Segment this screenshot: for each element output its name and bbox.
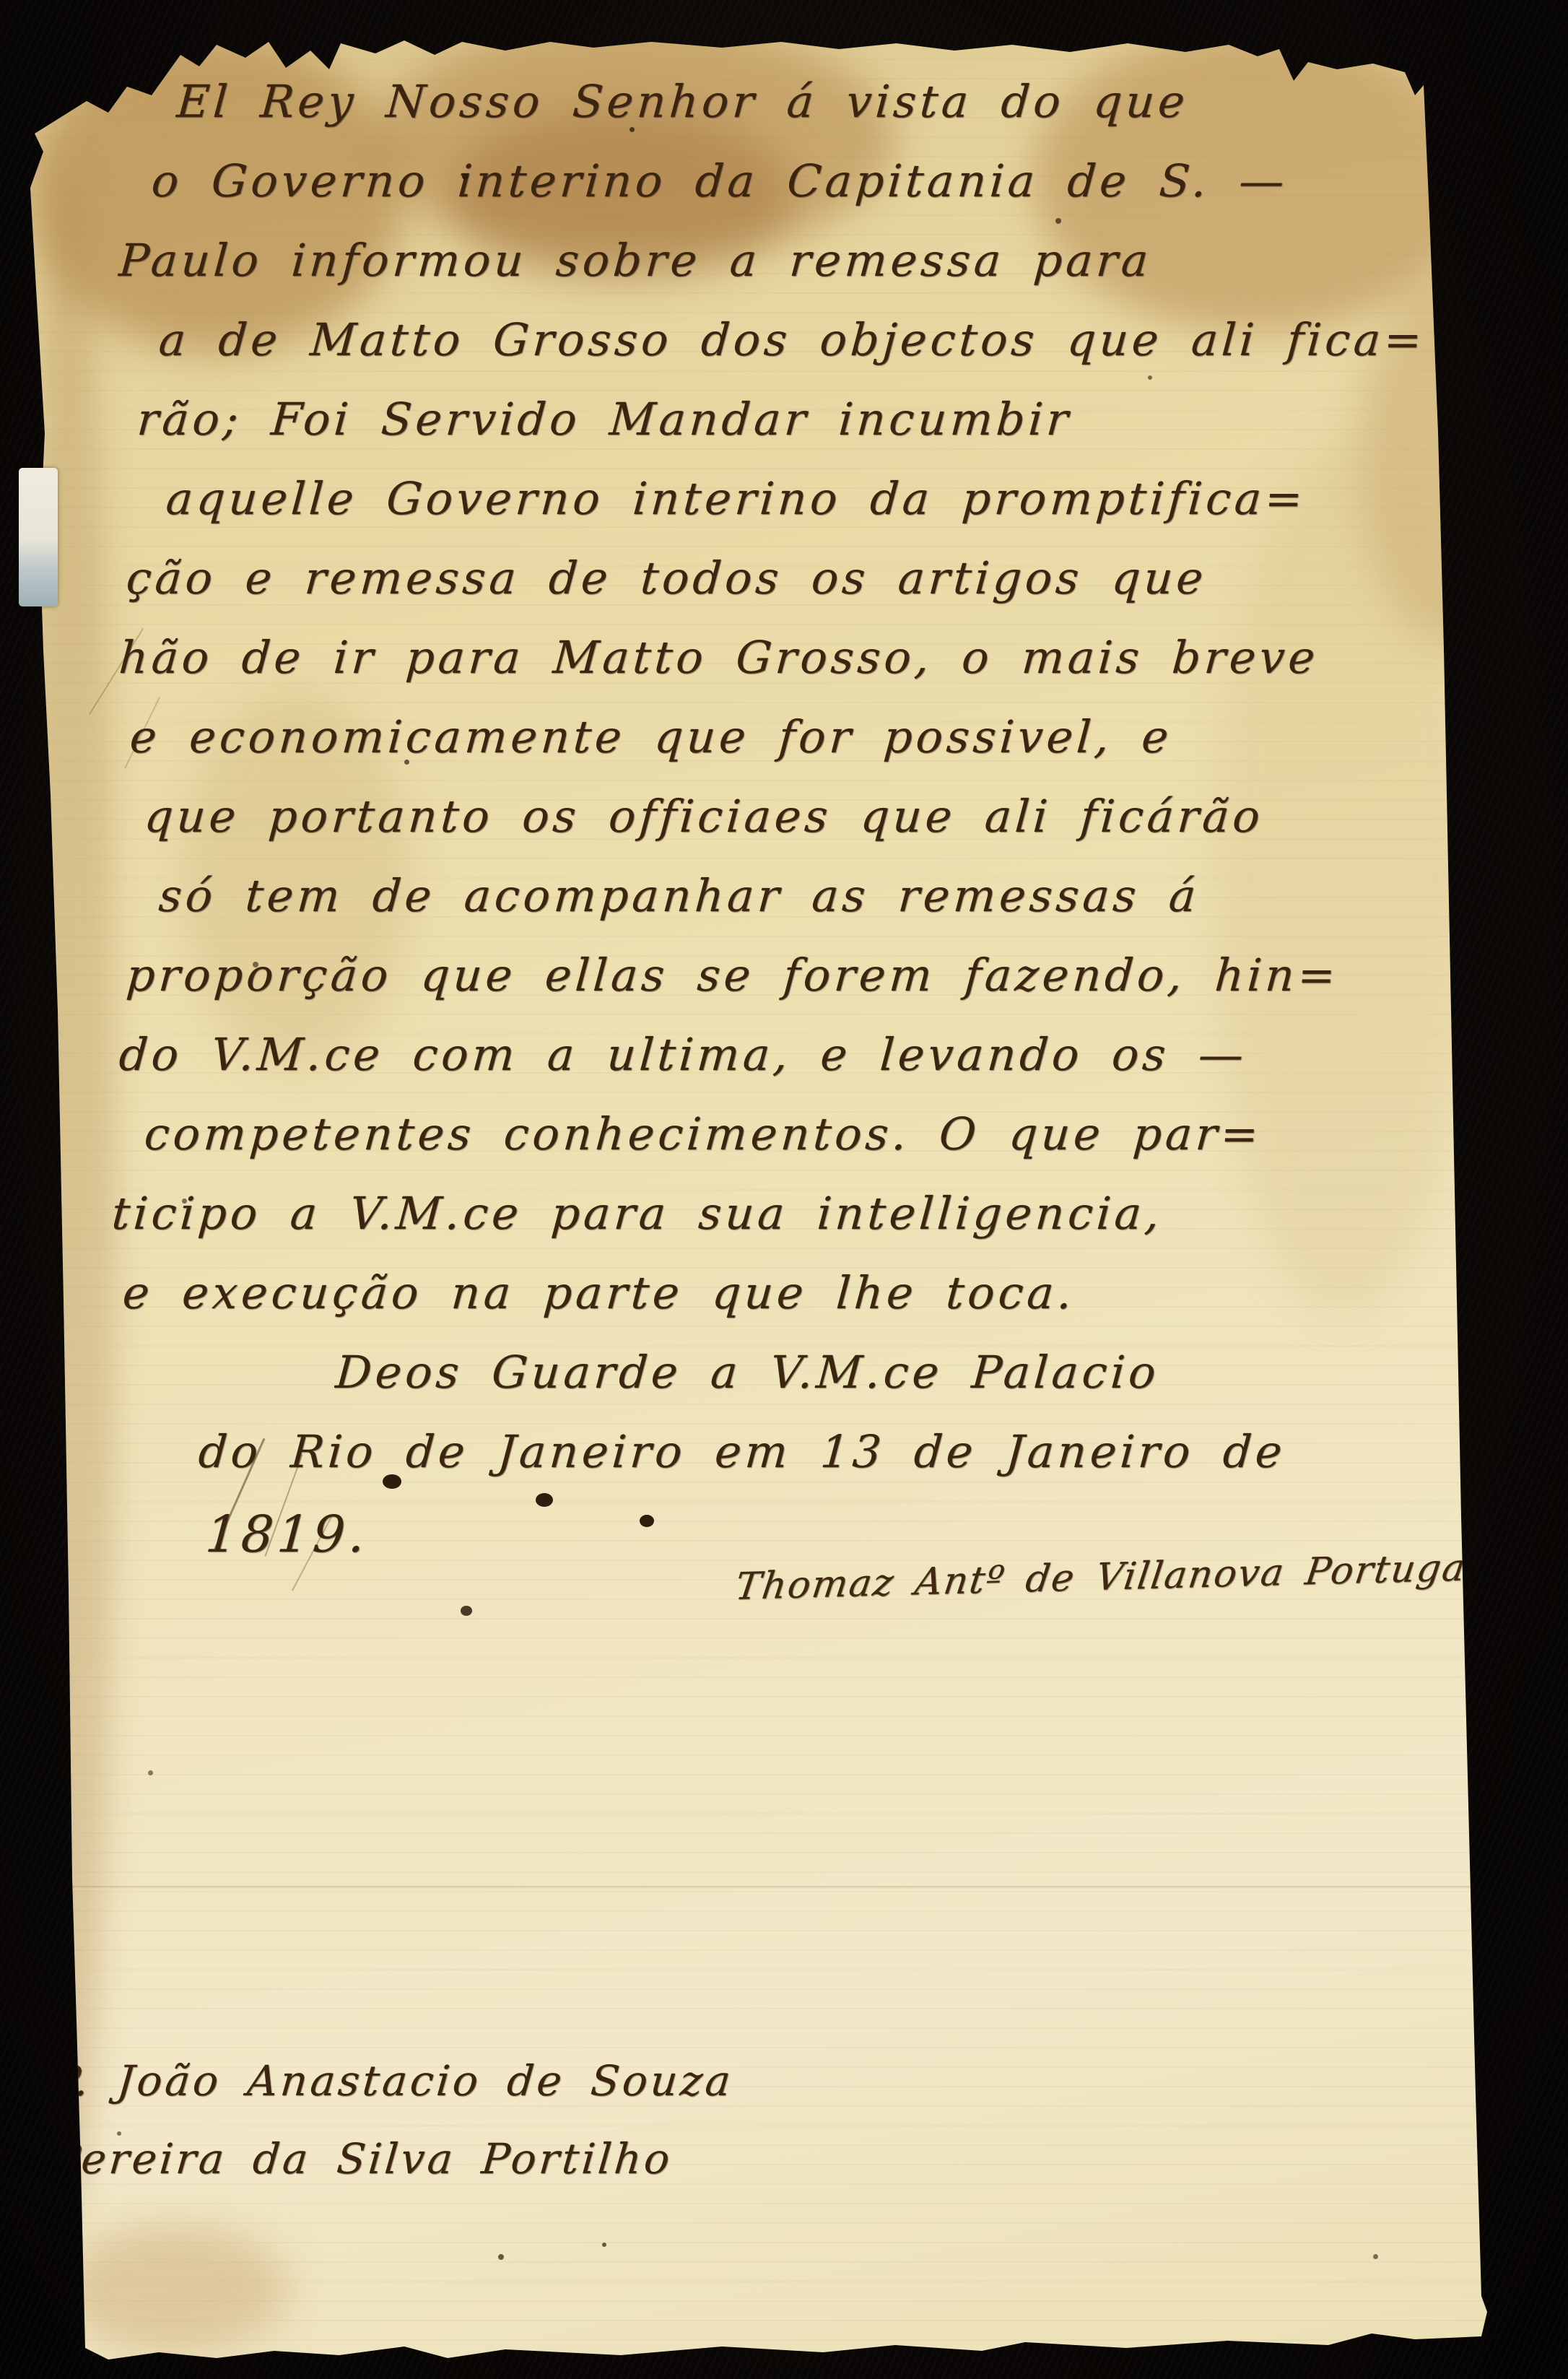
ink-speck [117, 2131, 121, 2136]
manuscript-line: Deos Guarde a V.M.ce Palacio [332, 1346, 1568, 1425]
manuscript-line: e economicamente que for possivel, e [126, 710, 1568, 790]
manuscript-line: ção e remessa de todos os artigos que [123, 552, 1568, 631]
manuscript-line: a de Matto Grosso dos objectos que ali f… [155, 313, 1568, 393]
ink-blot [640, 1515, 654, 1527]
ink-speck [498, 2254, 504, 2260]
manuscript-page: El Rey Nosso Senhor á vista do que o Gov… [0, 0, 1568, 2379]
ink-blot [536, 1493, 553, 1507]
ink-speck [1055, 218, 1061, 224]
manuscript-line: rão; Foi Servido Mandar incumbir [134, 393, 1568, 472]
ink-speck [1148, 375, 1152, 380]
letter-body: El Rey Nosso Senhor á vista do que o Gov… [0, 75, 1568, 1584]
manuscript-line: proporção que ellas se forem fazendo, hi… [123, 949, 1568, 1028]
ink-speck [182, 1199, 187, 1204]
tape-residue [19, 468, 58, 606]
manuscript-line: do V.M.ce com a ultima, e levando os — [116, 1028, 1568, 1108]
ink-speck [602, 2243, 606, 2247]
manuscript-line: aquelle Governo interino da promptifica= [162, 472, 1568, 552]
manuscript-line: que portanto os officiaes que ali ficárã… [141, 790, 1568, 869]
manuscript-line: ticipo a V.M.ce para sua intelligencia, [108, 1187, 1568, 1266]
ink-speck [1373, 2254, 1378, 2259]
manuscript-line: do Rio de Janeiro em 13 de Janeiro de [195, 1425, 1568, 1505]
scan-background: El Rey Nosso Senhor á vista do que o Gov… [0, 0, 1568, 2379]
ink-speck [148, 1770, 153, 1775]
manuscript-line: o Governo interino da Capitania de S. — [148, 155, 1568, 234]
addressee-line: Pereira da Silva Portilho [48, 2134, 736, 2212]
postscript-mark: r. [45, 2237, 76, 2280]
manuscript-line: El Rey Nosso Senhor á vista do que [173, 75, 1568, 155]
manuscript-line: e execução na parte que lhe toca. [119, 1266, 1568, 1346]
addressee-line: P. João Anastacio de Souza [48, 2056, 736, 2134]
ink-speck [404, 760, 409, 765]
ink-speck [462, 173, 469, 180]
ink-speck [253, 962, 258, 967]
fold-crease [51, 1886, 1474, 1889]
ink-blot [461, 1606, 472, 1616]
manuscript-line: hão de ir para Matto Grosso, o mais brev… [116, 631, 1568, 710]
stain [58, 2224, 289, 2354]
manuscript-line: só tem de acompanhar as remessas á [155, 869, 1568, 949]
ink-blot [383, 1474, 401, 1489]
manuscript-line: competentes conhecimentos. O que par= [141, 1108, 1568, 1187]
ink-speck [630, 127, 635, 132]
manuscript-line: Paulo informou sobre a remessa para [116, 234, 1568, 313]
addressee-block: P. João Anastacio de Souza Pereira da Si… [48, 2056, 728, 2212]
